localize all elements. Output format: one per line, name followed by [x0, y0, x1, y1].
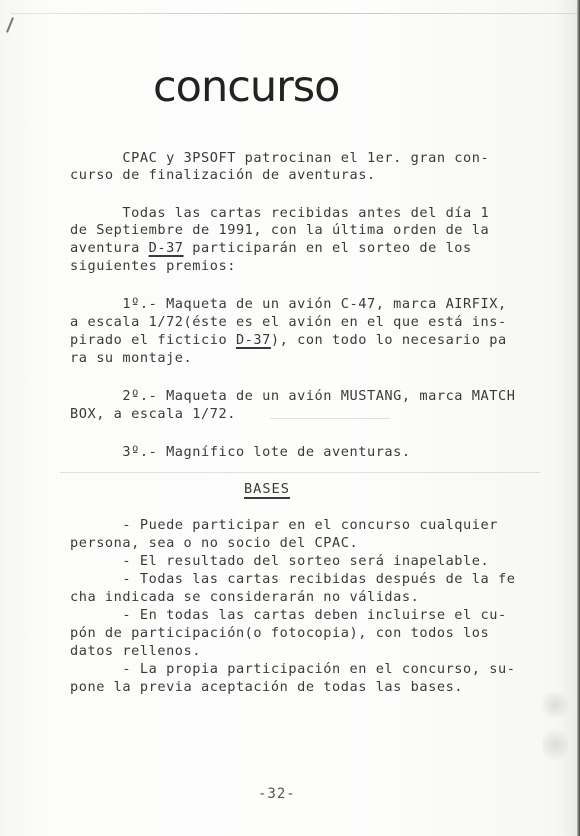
bases-line-1: - Puede participar en el concurso cualqu… [70, 517, 498, 533]
text-fragment: participarán en el sorteo de los [184, 240, 472, 256]
adventure-code: D-37 [236, 332, 271, 348]
bases-heading: BASES [244, 481, 290, 497]
text-fragment: ), con todo lo necesario pa [271, 332, 507, 348]
adventure-code: D-37 [149, 240, 184, 256]
prize-2-line-2: BOX, a escala 1/72. [70, 406, 236, 422]
paragraph2-line-4: siguientes premios: [70, 258, 236, 274]
scanned-page: concurso CPAC y 3PSOFT patrocinan el 1er… [0, 0, 580, 836]
bases-line-7: pón de participación(o fotocopia), con t… [70, 625, 489, 641]
bases-line-5: cha indicada se considerarán no válidas. [70, 589, 419, 605]
text-fragment: aventura [70, 240, 149, 256]
prize-1-line-1: 1º.- Maqueta de un avión C-47, marca AIR… [70, 296, 507, 312]
prize-1-line-2: a escala 1/72(éste es el avión en el que… [70, 314, 507, 330]
text-fragment: pirado el ficticio [70, 332, 236, 348]
paragraph2-line-2: de Septiembre de 1991, con la última ord… [70, 222, 489, 238]
bases-line-2: persona, sea o no socio del CPAC. [70, 535, 358, 551]
top-edge-rule [10, 13, 580, 14]
paragraph2-line-1: Todas las cartas recibidas antes del día… [70, 205, 489, 221]
prize-1-line-4: ra su montaje. [70, 350, 192, 366]
bases-line-10: pone la previa aceptación de todas las b… [70, 679, 463, 695]
pen-mark [6, 17, 14, 33]
prize-2-line-1: 2º.- Maqueta de un avión MUSTANG, marca … [70, 388, 515, 404]
intro-line-1: CPAC y 3PSOFT patrocinan el 1er. gran co… [70, 150, 489, 166]
scan-smudge [540, 690, 570, 720]
page-number: -32- [258, 786, 296, 802]
bases-line-6: - En todas las cartas deben incluirse el… [70, 607, 507, 623]
paragraph2-line-3: aventura D-37 participarán en el sorteo … [70, 240, 472, 256]
prize-3-line-1: 3º.- Magnífico lote de aventuras. [70, 444, 411, 460]
scan-artifact-line [270, 418, 390, 419]
bases-line-3: - El resultado del sorteo será inapelabl… [70, 553, 489, 569]
page-title: concurso [153, 62, 340, 112]
prize-1-line-3: pirado el ficticio D-37), con todo lo ne… [70, 332, 507, 348]
bases-line-4: - Todas las cartas recibidas después de … [70, 571, 515, 587]
intro-line-2: curso de finalización de aventuras. [70, 167, 376, 183]
scan-artifact-line [60, 472, 540, 473]
scan-smudge [542, 725, 568, 765]
bases-line-9: - La propia participación en el concurso… [70, 661, 515, 677]
bases-line-8: datos rellenos. [70, 643, 201, 659]
